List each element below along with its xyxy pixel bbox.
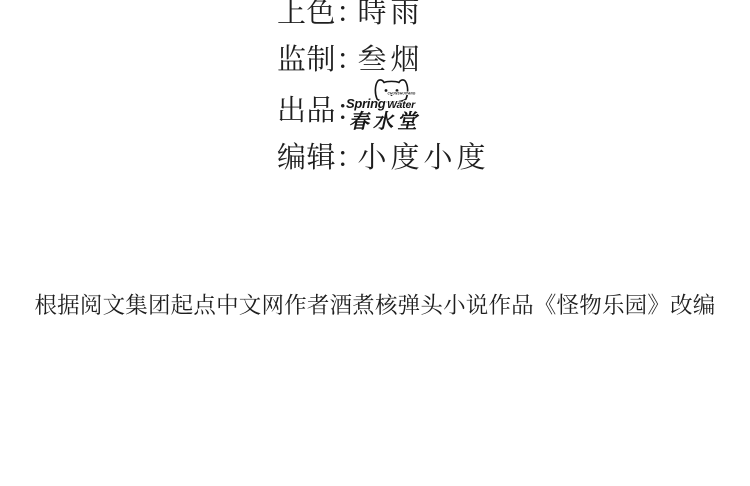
credit-line-coloring: 上色：時雨 xyxy=(277,0,424,28)
supervision-label: 监制： xyxy=(277,44,366,76)
supervision-value: 叁烟 xyxy=(358,44,424,76)
adaptation-notice: 根据阅文集团起点中文网作者酒煮核弹头小说作品《怪物乐园》改编 xyxy=(0,291,750,321)
spring-water-studio-logo: CHUNSHUITANG Spring Water 春水堂 xyxy=(344,77,424,132)
credit-line-editor: 编辑：小度小度 xyxy=(277,143,490,173)
logo-chinese-name: 春水堂 xyxy=(348,109,424,132)
logo-english-word-2: Water xyxy=(387,99,416,111)
coloring-label: 上色： xyxy=(277,0,366,29)
logo-english-word-1: Spring xyxy=(346,96,386,111)
credit-line-supervision: 监制：叁烟 xyxy=(277,45,424,75)
cat-face-icon: CHUNSHUITANG Spring Water 春水堂 xyxy=(344,77,424,132)
editor-value: 小度小度 xyxy=(358,142,490,174)
logo-tiny-caption: CHUNSHUITANG xyxy=(388,92,416,96)
coloring-value: 時雨 xyxy=(358,0,424,29)
editor-label: 编辑： xyxy=(277,142,366,174)
credits-page: { "page": { "background": "#ffffff", "te… xyxy=(0,0,750,486)
